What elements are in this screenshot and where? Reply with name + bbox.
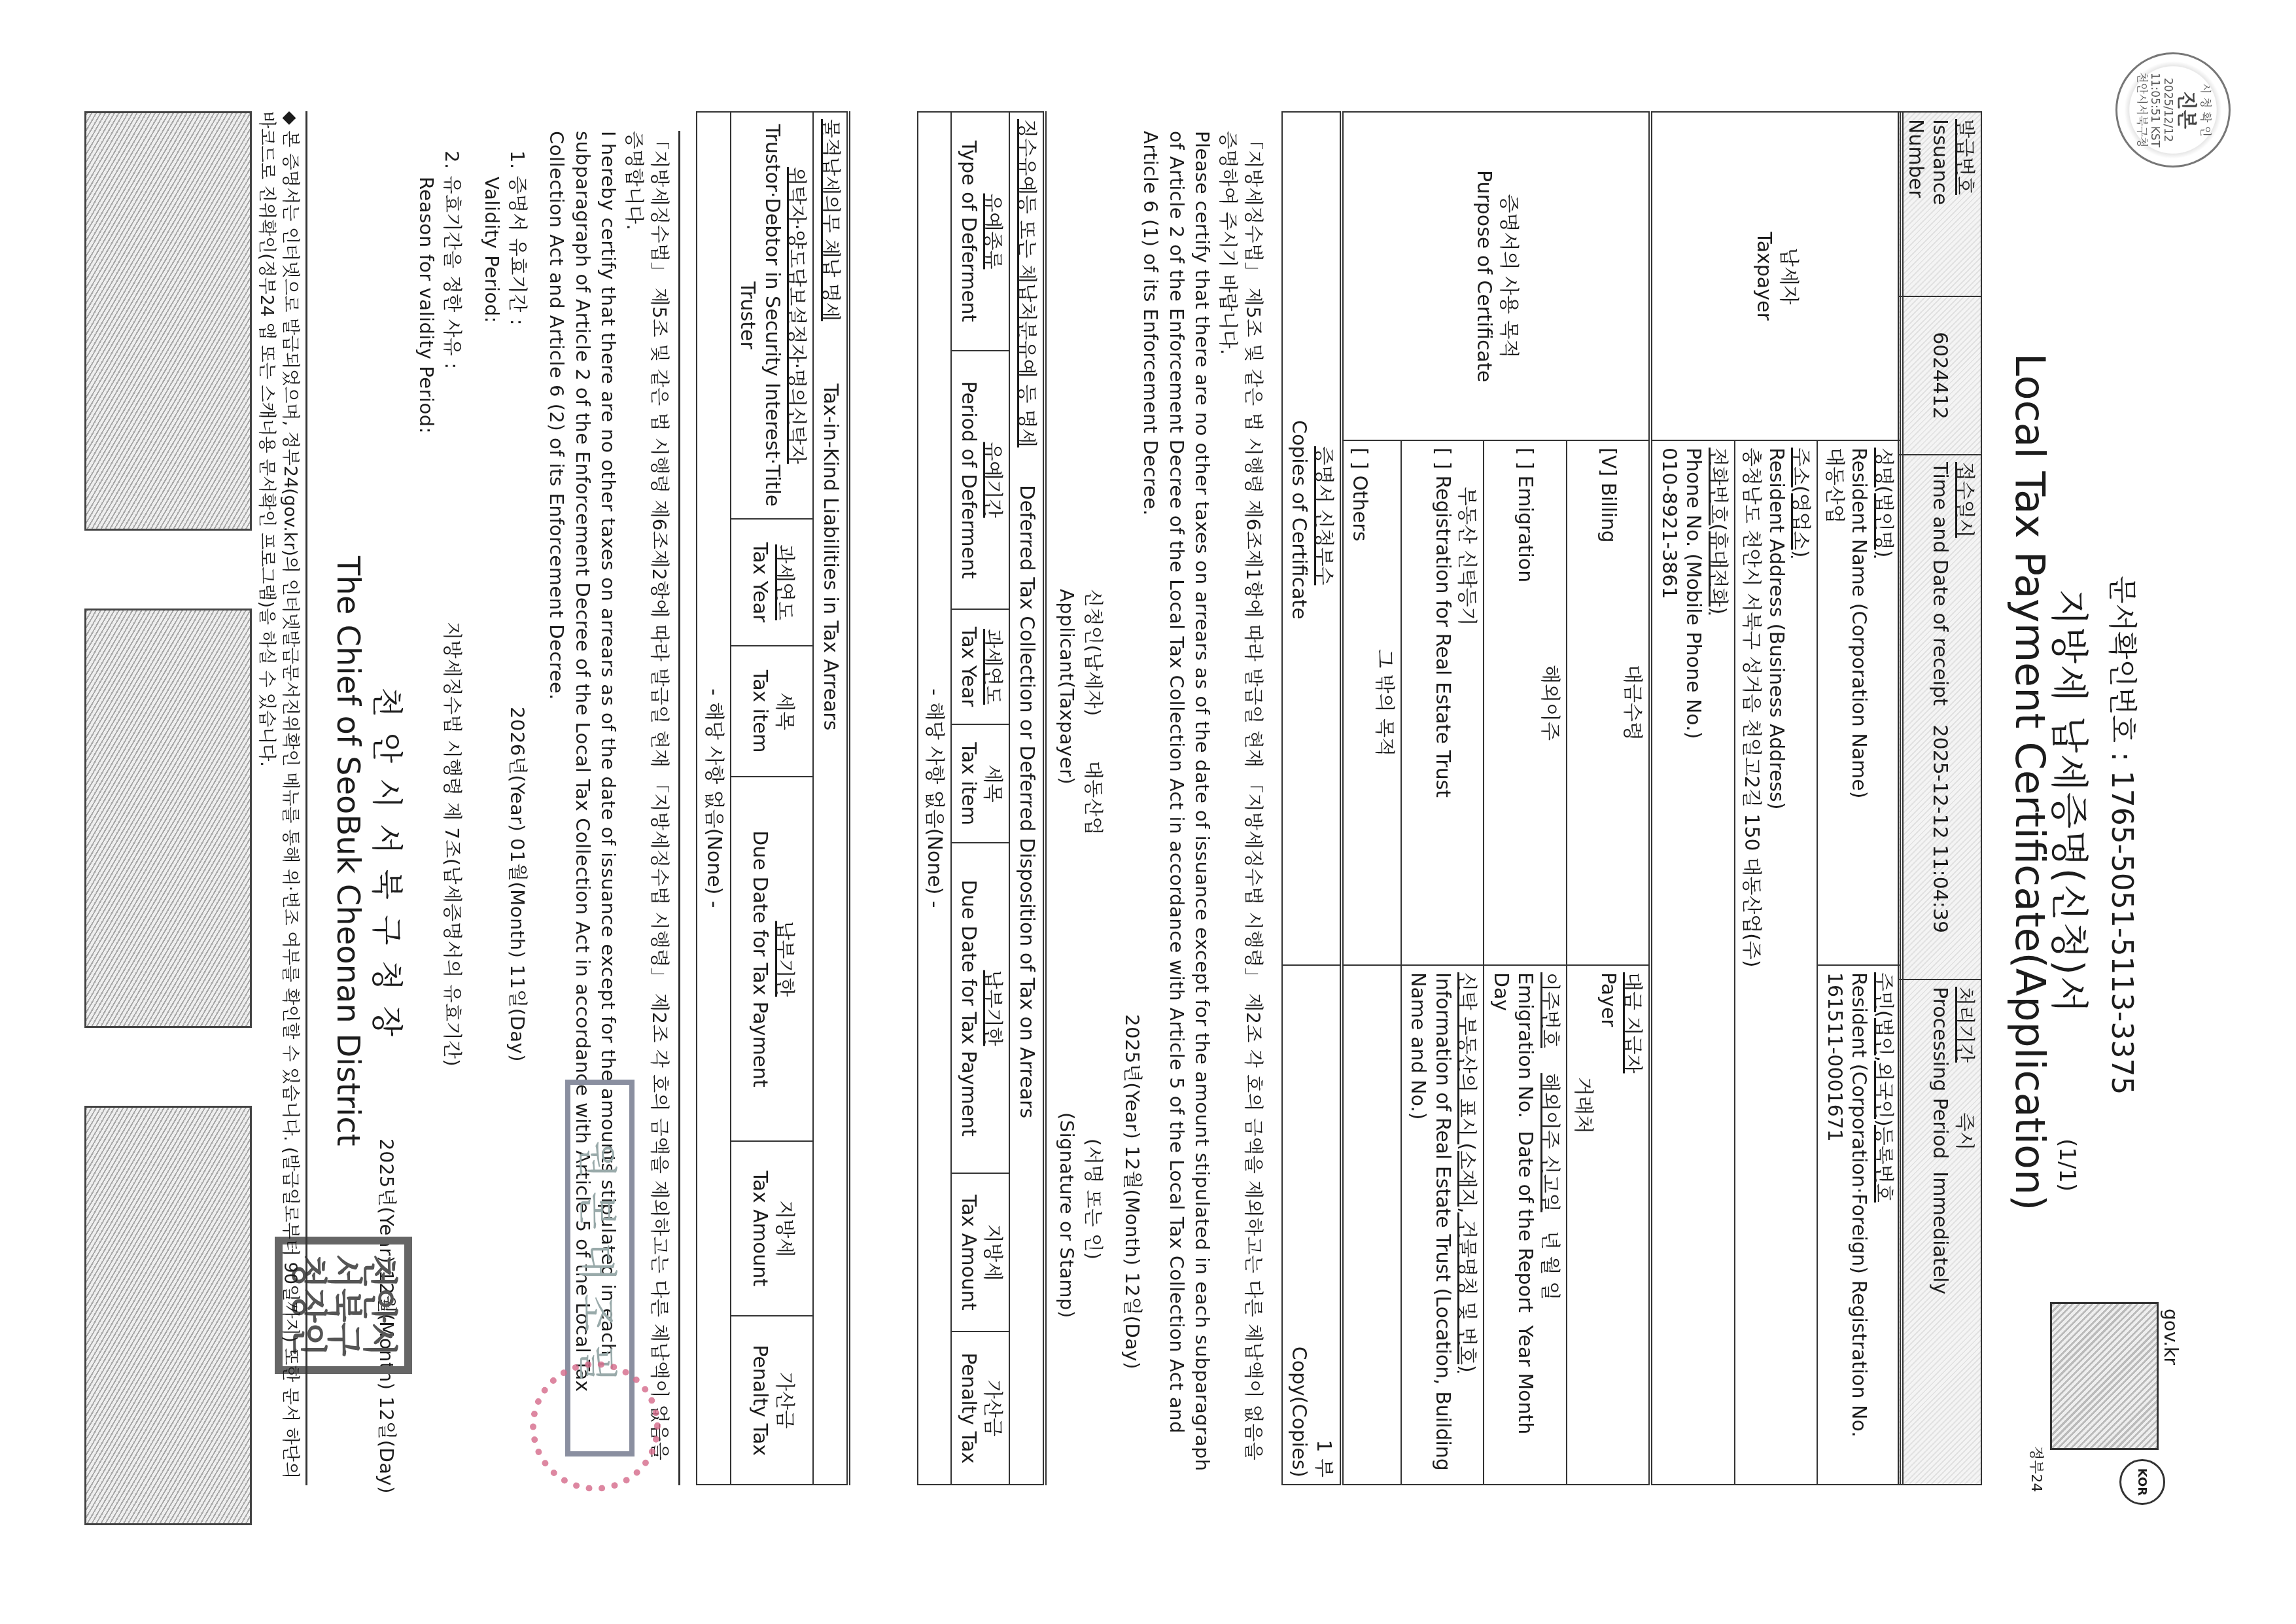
gov24-label: 정부24: [2027, 1446, 2047, 1492]
request-statement: 「지방세징수법」 제5조 및 같은 법 시행령 제6조제1항에 따라 발급일 현…: [1138, 131, 1266, 1485]
purpose-real-estate: 부동산 신탁등기 [ ] Registration for Real Estat…: [1401, 440, 1484, 965]
seal-center-text: 진본: [2174, 91, 2198, 129]
taxpayer-section-label: 납세자Taxpayer: [1651, 112, 1902, 440]
gov-site-label: gov.kr: [2160, 1309, 2182, 1365]
billing-checkbox[interactable]: [V]: [1597, 448, 1620, 476]
validity-period-value: 2026년(Year) 01월(Month) 11일(Day): [504, 707, 530, 1062]
in-kind-header-row: 위탁자·양도담보설정자·명의신탁자Trustor·Debtor in Secur…: [731, 112, 814, 1485]
payer-value: 거래처: [1571, 972, 1596, 1477]
issuer-english: The Chief of SeoBuk Cheonan District: [330, 556, 366, 1146]
issuance-number-label: 발급번호 Issuance Number: [1899, 112, 1982, 296]
copies-label: 증명서 신청부수 Copies of Certificate: [1282, 112, 1342, 965]
phone-value: 010-8921-3861: [1657, 448, 1682, 1477]
document-check-value: 1765-5051-5113-3375: [2105, 771, 2138, 1095]
taxpayer-name: 성명(법인명) Resident Name (Corporation Name)…: [1818, 440, 1902, 965]
kor-badge-icon: KOR: [2119, 1459, 2165, 1505]
verification-seal: 시 청 확 인 진본 2025/12/12 11:05:51 KST 천안시서북…: [2115, 52, 2231, 168]
applicant-label-en: Applicant(Taxpayer): [1054, 589, 1079, 785]
registration-value: 161511-0001671: [1822, 972, 1847, 1477]
barcode-2-icon: [84, 609, 252, 1028]
others-checkbox[interactable]: [ ]: [1349, 448, 1372, 469]
purpose-others: 그 밖의 목적 [ ] Others: [1342, 440, 1401, 965]
copies-value: 1 부 Copy(Copies): [1282, 965, 1342, 1485]
applicant-label: 신청인(납세자) 대동산업: [1080, 589, 1105, 836]
document-check-label: 문서확인번호: [2105, 576, 2138, 743]
title-english: Local Tax Payment Certificate(Applicatio…: [2006, 353, 2054, 1210]
receipt-table: 발급번호 Issuance Number 6024412 접수일시 Time a…: [1898, 111, 1983, 1485]
seal-datetime: 2025/12/12 11:05:51 KST: [2148, 54, 2175, 166]
applicant-sign-en: (Signature or Stamp): [1054, 1112, 1079, 1318]
receipt-time: 접수일시 Time and Date of receipt 2025-12-12…: [1899, 455, 1982, 980]
red-seal-icon: [530, 1361, 661, 1492]
purpose-section-label: 증명서의 사용 목적Purpose of Certificate: [1342, 112, 1651, 440]
issuance-number: 6024412: [1899, 296, 1982, 455]
application-date: 2025년(Year) 12월(Month) 12일(Day): [1119, 1014, 1145, 1369]
taxpayer-address-phone: 주소(영업소) Resident Address (Business Addre…: [1651, 440, 1818, 1485]
deferment-empty-row: - 해당 사항 없음(None) -: [918, 112, 952, 1485]
in-kind-title: 물적납세의무 체납 명세 Tax-in-Kind Liabilities in …: [814, 112, 849, 1485]
page-indicator: (1/1): [2054, 1139, 2080, 1192]
real-estate-checkbox[interactable]: [ ]: [1431, 448, 1454, 469]
in-kind-table: 물적납세의무 체납 명세 Tax-in-Kind Liabilities in …: [697, 111, 851, 1485]
applicant-name: 대동산업: [1082, 761, 1104, 836]
issuer-korean: 천 안 시 서 북 구 청 장: [367, 687, 412, 1039]
seal-bottom-text: 천안시서북구청: [2134, 73, 2148, 148]
address-value: 충청남도 천안시 서북구 성거읍 천일고2길 150 대동산업(주): [1739, 448, 1764, 1477]
deferment-table: 징수유예등 또는 체납처분유예 등 명세 Deferred Tax Collec…: [917, 111, 1047, 1485]
validity-reason: 2. 유효기간을 정한 사유 : Reason for validity Per…: [413, 150, 464, 434]
deferment-header-row: 유예종류Type of Deferment 유예기간Period of Defe…: [952, 112, 1010, 1485]
in-kind-empty-row: - 해당 사항 없음(None) -: [697, 112, 731, 1485]
taxpayer-table: 납세자Taxpayer 성명(법인명) Resident Name (Corpo…: [1281, 111, 1904, 1485]
deferment-title: 징수유예등 또는 체납처분유예 등 명세 Deferred Tax Collec…: [1010, 112, 1045, 1485]
validity-reason-value: 지방세징수법 시행령 제 7조(납세증명서의 유효기간): [439, 622, 464, 1067]
barcode-1-icon: [84, 111, 252, 531]
barcode-3-icon: [84, 1106, 252, 1525]
emigration-details: 이주번호 해외이주 신고일 년 월 일 Emigration No. Date …: [1484, 965, 1567, 1485]
barcode-2d-icon: [2050, 1302, 2159, 1450]
purpose-emigration: 해외이주 [ ] Emigration: [1484, 440, 1567, 965]
taxpayer-registration: 주민(법인,외국인)등록번호 Resident (Corporation·For…: [1818, 965, 1902, 1485]
billing-payer: 대금 지급자 Payer 거래처: [1567, 965, 1651, 1485]
taxpayer-name-value: 대동산업: [1822, 448, 1847, 958]
certificate-page: 시 청 확 인 진본 2025/12/12 11:05:51 KST 천안시서북…: [0, 0, 2296, 1624]
processing-period: 처리기간 즉시 Processing Period Immediately: [1899, 980, 1982, 1485]
validity-period: 1. 증명서 유효기간 : Validity Period:: [479, 150, 530, 326]
purpose-billing: 대금수령 [V] Billing: [1567, 440, 1651, 965]
real-estate-info: 신탁 부동산의 표시 (소재지, 건물명칭 및 번호) Information …: [1401, 965, 1484, 1485]
seal-top-text: 시 청 확 인: [2198, 83, 2211, 137]
footer-note: ◆ 본 증명서는 인터넷으로 발급되었으며, 정부24(gov.kr)의 인터넷…: [254, 111, 307, 1485]
emigration-checkbox[interactable]: [ ]: [1514, 448, 1537, 469]
applicant-sign: (서명 또는 인): [1080, 1139, 1105, 1260]
others-blank: [1342, 965, 1401, 1485]
receipt-time-value: 2025-12-12 11:04:39: [1929, 724, 1952, 933]
document-check-number: 문서확인번호 : 1765-5051-5113-3375: [2104, 576, 2146, 1095]
